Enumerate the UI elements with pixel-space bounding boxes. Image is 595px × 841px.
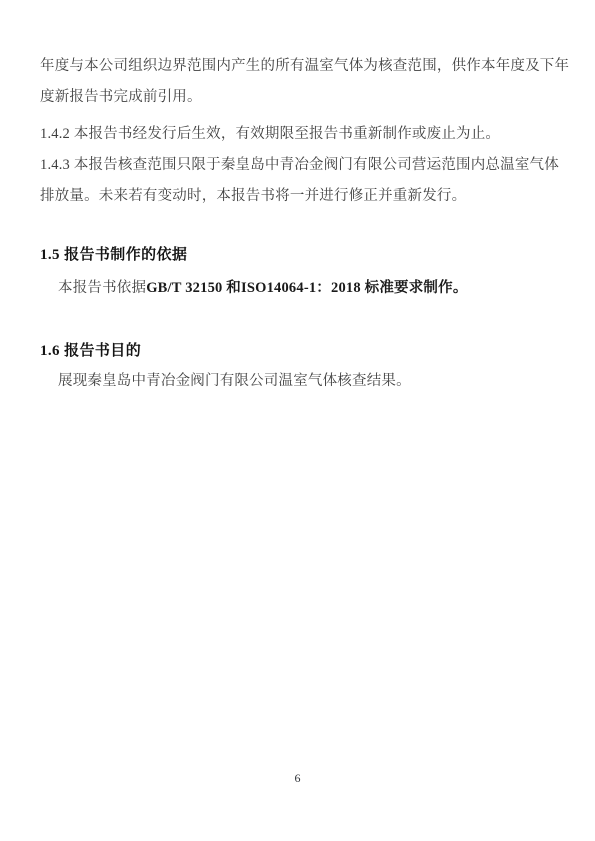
section-1-5-standards-reference: GB/T 32150 和ISO14064-1：2018 标准要求制作。 (146, 280, 467, 296)
section-heading-1-5: 1.5 报告书制作的依据 (40, 247, 187, 263)
clause-1-4-2: 1.4.2 本报告书经发行后生效，有效期限至报告书重新制作或废止为止。 (40, 126, 500, 142)
clause-1-4-3-line-2: 排放量。未来若有变动时，本报告书将一并进行修正并重新发行。 (40, 188, 466, 204)
section-1-6-body: 展现秦皇岛中青冶金阀门有限公司温室气体核查结果。 (58, 373, 411, 389)
page-number: 6 (0, 771, 595, 785)
section-1-5-body-prefix: 本报告书依据 (58, 280, 146, 296)
paragraph-scope-line-2: 度新报告书完成前引用。 (40, 89, 202, 105)
clause-1-4-3-line-1: 1.4.3 本报告核查范围只限于秦皇岛中青冶金阀门有限公司营运范围内总温室气体 (40, 157, 559, 173)
paragraph-scope-line-1: 年度与本公司组织边界范围内产生的所有温室气体为核查范围，供作本年度及下年 (40, 58, 569, 74)
section-heading-1-6: 1.6 报告书目的 (40, 343, 141, 359)
report-page: 年度与本公司组织边界范围内产生的所有温室气体为核查范围，供作本年度及下年 度新报… (0, 0, 595, 841)
section-1-5-body: 本报告书依据GB/T 32150 和ISO14064-1：2018 标准要求制作… (58, 280, 468, 296)
